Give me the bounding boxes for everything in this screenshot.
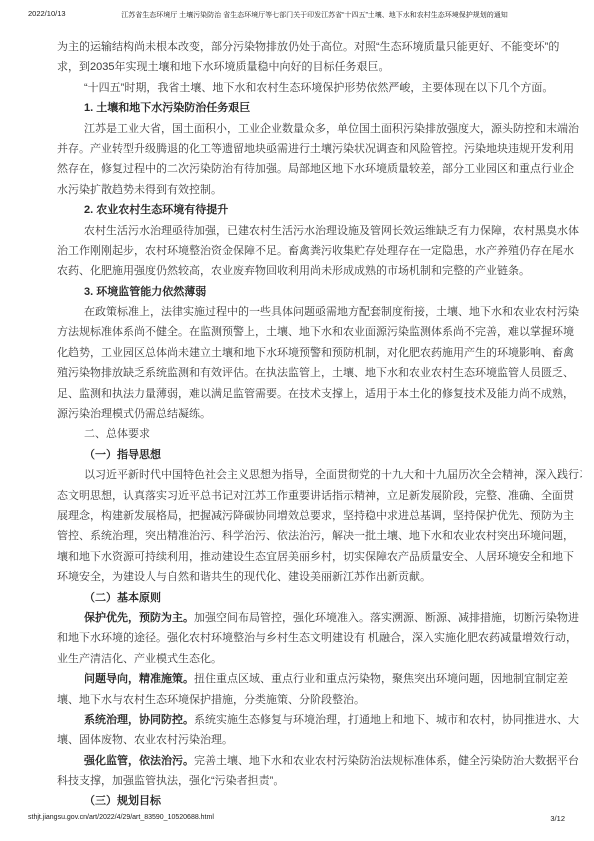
text-line: （一）指导思想 <box>57 445 582 465</box>
text-line: 江苏是工业大省，国土面积小，工业企业数量众多，单位国土面积污染排放强度大，源头防… <box>57 119 582 139</box>
text-segment: 以习近平新时代中国特色社会主义思想为指导，全面贯彻党的十九大和十九届历次全会精神… <box>84 469 582 481</box>
text-line: 以习近平新时代中国特色社会主义思想为指导，全面贯彻党的十九大和十九届历次全会精神… <box>57 465 582 485</box>
text-line: 源污染治理模式仍需总结凝练。 <box>57 404 582 424</box>
text-line: 农村生活污水治理亟待加强，已建农村生活污水治理设施及管网长效运维缺乏有力保障，农… <box>57 221 582 241</box>
text-line: 和地下水环境的途径。强化农村环境整治与乡村生态文明建设有 机融合，深入实施化肥农… <box>57 628 582 648</box>
text-segment: 加强空间布局管控，强化环境准入。落实溯源、断源、减排措施，切断污染物进 <box>194 612 579 624</box>
text-segment: 为主的运输结构尚未根本改变，部分污染物排放仍处于高位。对照“生态环境质量只能更好… <box>57 41 559 53</box>
text-segment: 化趋势，工业园区总体尚未建立土壤和地下水环境预警和预防机制，对化肥农药施用产生的… <box>57 347 574 359</box>
text-line: 水污染扩散趋势未得到有效控制。 <box>57 180 582 200</box>
text-line: 然存在，修复过程中的二次污染防治有待加强。局部地区地下水环境质量较差，部分工业园… <box>57 159 582 179</box>
text-segment: 求，到2035年实现土壤和地下水环境质量稳中向好的目标任务艰巨。 <box>57 61 389 73</box>
bold-text-segment: 强化监管，依法治污。 <box>84 755 194 767</box>
text-segment: 环境安全，为建设人与自然和谐共生的现代化、建设美丽新江苏作出新贡献。 <box>57 571 431 583</box>
text-line: 壤、固体废物、农业农村污染治理。 <box>57 730 582 750</box>
text-segment: 和地下水环境的途径。强化农村环境整治与乡村生态文明建设有 机融合，深入实施化肥农… <box>57 632 577 644</box>
text-line: 保护优先，预防为主。加强空间布局管控，强化环境准入。落实溯源、断源、减排措施，切… <box>57 608 582 628</box>
text-line: 态文明思想，认真落实习近平总书记对江苏工作重要讲话指示精神，立足新发展阶段，完整… <box>57 486 582 506</box>
text-line: “十四五”时期，我省土壤、地下水和农村生态环境保护形势依然严峻，主要体现在以下几… <box>57 78 582 98</box>
text-segment: 完善土壤、地下水和农业农村污染防治法规标准体系，健全污染防治大数据平台 <box>194 755 579 767</box>
bold-text-segment: 问题导向，精准施策。 <box>84 673 194 685</box>
text-line: 业生产清洁化、产业模式生态化。 <box>57 649 582 669</box>
text-segment: 方法规标准体系尚不健全。在监测预警上，土壤、地下水和农业面源污染监测体系尚不完善… <box>57 326 574 338</box>
text-line: 强化监管，依法治污。完善土壤、地下水和农业农村污染防治法规标准体系，健全污染防治… <box>57 751 582 771</box>
bold-text-segment: （二）基本原则 <box>84 592 161 604</box>
text-segment: 壤、地下水与农村生态环境保护措施，分类施策、分阶段整治。 <box>57 694 365 706</box>
page-number: 3/12 <box>550 814 565 823</box>
bold-text-segment: 2. 农业农村生态环境有待提升 <box>84 204 228 216</box>
text-line: 3. 环境监管能力依然薄弱 <box>57 282 582 302</box>
text-segment: 江苏是工业大省，国土面积小，工业企业数量众多，单位国土面积污染排放强度大，源头防… <box>84 123 579 135</box>
text-segment: 扭住重点区域、重点行业和重点污染物，聚焦突出环境问题，因地制宜制定差 <box>194 673 568 685</box>
text-segment: 足、监测和执法力量薄弱，难以满足监管需要。在技术支撑上，适用于本土化的修复技术及… <box>57 388 574 400</box>
text-line: 系统治理，协同防控。系统实施生态修复与环境治理，打通地上和地下、城市和农村，协同… <box>57 710 582 730</box>
text-segment: 源污染治理模式仍需总结凝练。 <box>57 408 211 420</box>
text-line: 足、监测和执法力量薄弱，难以满足监管需要。在技术支撑上，适用于本土化的修复技术及… <box>57 384 582 404</box>
text-segment: 壤、固体废物、农业农村污染治理。 <box>57 734 233 746</box>
text-segment: 治工作刚刚起步，农村环境整治资金保障不足。畜禽粪污收集贮存处理存在一定隐患，水产… <box>57 245 574 257</box>
text-line: 在政策标准上，法律实施过程中的一些具体问题亟需地方配套制度衔接，土壤、地下水和农… <box>57 302 582 322</box>
bold-text-segment: （一）指导思想 <box>84 449 161 461</box>
text-line: 方法规标准体系尚不健全。在监测预警上，土壤、地下水和农业面源污染监测体系尚不完善… <box>57 322 582 342</box>
text-segment: 系统实施生态修复与环境治理，打通地上和地下、城市和农村，协同推进水、大 <box>194 714 579 726</box>
source-url: sthjt.jiangsu.gov.cn/art/2022/4/29/art_8… <box>28 814 214 821</box>
text-line: 管控、系统治理，突出精准治污、科学治污、依法治污，解决一批土壤、地下水和农业农村… <box>57 526 582 546</box>
bold-text-segment: 3. 环境监管能力依然薄弱 <box>84 286 206 298</box>
text-line: （三）规划目标 <box>57 791 582 811</box>
text-segment: 在政策标准上，法律实施过程中的一些具体问题亟需地方配套制度衔接，土壤、地下水和农… <box>84 306 579 318</box>
text-segment: 然存在，修复过程中的二次污染防治有待加强。局部地区地下水环境质量较差，部分工业园… <box>57 163 574 175</box>
text-line: 治工作刚刚起步，农村环境整治资金保障不足。畜禽粪污收集贮存处理存在一定隐患，水产… <box>57 241 582 261</box>
text-line: 展理念，构建新发展格局，把握减污降碳协同增效总要求，坚持稳中求进总基调，坚持保护… <box>57 506 582 526</box>
document-body: 为主的运输结构尚未根本改变，部分污染物排放仍处于高位。对照“生态环境质量只能更好… <box>57 37 582 812</box>
text-line: 化趋势，工业园区总体尚未建立土壤和地下水环境预警和预防机制，对化肥农药施用产生的… <box>57 343 582 363</box>
text-line: 环境安全，为建设人与自然和谐共生的现代化、建设美丽新江苏作出新贡献。 <box>57 567 582 587</box>
print-header: 2022/10/13 江苏省生态环境厅 土壤污染防治 省生态环境厅等七部门关于印… <box>0 9 594 21</box>
text-segment: 业生产清洁化、产业模式生态化。 <box>57 653 222 665</box>
bold-text-segment: 保护优先，预防为主。 <box>84 612 194 624</box>
text-segment: “十四五”时期，我省土壤、地下水和农村生态环境保护形势依然严峻，主要体现在以下几… <box>84 82 553 94</box>
text-line: 并存。产业转型升级腾退的化工等遗留地块亟需进行土壤污染状况调查和风险管控。污染地… <box>57 139 582 159</box>
document-title: 江苏省生态环境厅 土壤污染防治 省生态环境厅等七部门关于印发江苏省“十四五”土壤… <box>75 10 554 20</box>
text-segment: 态文明思想，认真落实习近平总书记对江苏工作重要讲话指示精神，立足新发展阶段，完整… <box>57 490 574 502</box>
text-segment: 农村生活污水治理亟待加强，已建农村生活污水治理设施及管网长效运维缺乏有力保障，农… <box>84 225 579 237</box>
bold-text-segment: 1. 土壤和地下水污染防治任务艰巨 <box>84 102 250 114</box>
text-segment: 水污染扩散趋势未得到有效控制。 <box>57 184 222 196</box>
text-segment: 农药、化肥施用强度仍然较高，农业废弃物回收利用尚未形成成熟的市场机制和完整的产业… <box>57 265 530 277</box>
text-segment: 壤和地下水资源可持续利用，推动建设生态宜居美丽乡村，切实保障农产品质量安全、人居… <box>57 551 574 563</box>
text-line: 壤和地下水资源可持续利用，推动建设生态宜居美丽乡村，切实保障农产品质量安全、人居… <box>57 547 582 567</box>
text-line: （二）基本原则 <box>57 588 582 608</box>
text-line: 科技支撑，加强监管执法，强化“污染者担责”。 <box>57 771 582 791</box>
text-segment: 科技支撑，加强监管执法，强化“污染者担责”。 <box>57 775 284 787</box>
text-line: 求，到2035年实现土壤和地下水环境质量稳中向好的目标任务艰巨。 <box>57 57 582 77</box>
text-line: 殖污染物排放缺乏系统监测和有效评估。在执法监管上，土壤、地下水和农业农村生态环境… <box>57 363 582 383</box>
text-line: 2. 农业农村生态环境有待提升 <box>57 200 582 220</box>
printed-document-page: 2022/10/13 江苏省生态环境厅 土壤污染防治 省生态环境厅等七部门关于印… <box>0 0 594 841</box>
bold-text-segment: 系统治理，协同防控。 <box>84 714 194 726</box>
text-line: 为主的运输结构尚未根本改变，部分污染物排放仍处于高位。对照“生态环境质量只能更好… <box>57 37 582 57</box>
bold-text-segment: （三）规划目标 <box>84 795 161 807</box>
print-footer: sthjt.jiangsu.gov.cn/art/2022/4/29/art_8… <box>0 814 594 826</box>
text-line: 农药、化肥施用强度仍然较高，农业废弃物回收利用尚未形成成熟的市场机制和完整的产业… <box>57 261 582 281</box>
print-date: 2022/10/13 <box>28 9 66 18</box>
text-segment: 二、总体要求 <box>84 428 150 440</box>
text-line: 二、总体要求 <box>57 424 582 444</box>
text-line: 问题导向，精准施策。扭住重点区域、重点行业和重点污染物，聚焦突出环境问题，因地制… <box>57 669 582 689</box>
text-segment: 殖污染物排放缺乏系统监测和有效评估。在执法监管上，土壤、地下水和农业农村生态环境… <box>57 367 574 379</box>
text-segment: 展理念，构建新发展格局，把握减污降碳协同增效总要求，坚持稳中求进总基调，坚持保护… <box>57 510 574 522</box>
text-line: 1. 土壤和地下水污染防治任务艰巨 <box>57 98 582 118</box>
text-segment: 管控、系统治理，突出精准治污、科学治污、依法治污，解决一批土壤、地下水和农业农村… <box>57 530 574 542</box>
text-line: 壤、地下水与农村生态环境保护措施，分类施策、分阶段整治。 <box>57 690 582 710</box>
text-segment: 并存。产业转型升级腾退的化工等遗留地块亟需进行土壤污染状况调查和风险管控。污染地… <box>57 143 574 155</box>
